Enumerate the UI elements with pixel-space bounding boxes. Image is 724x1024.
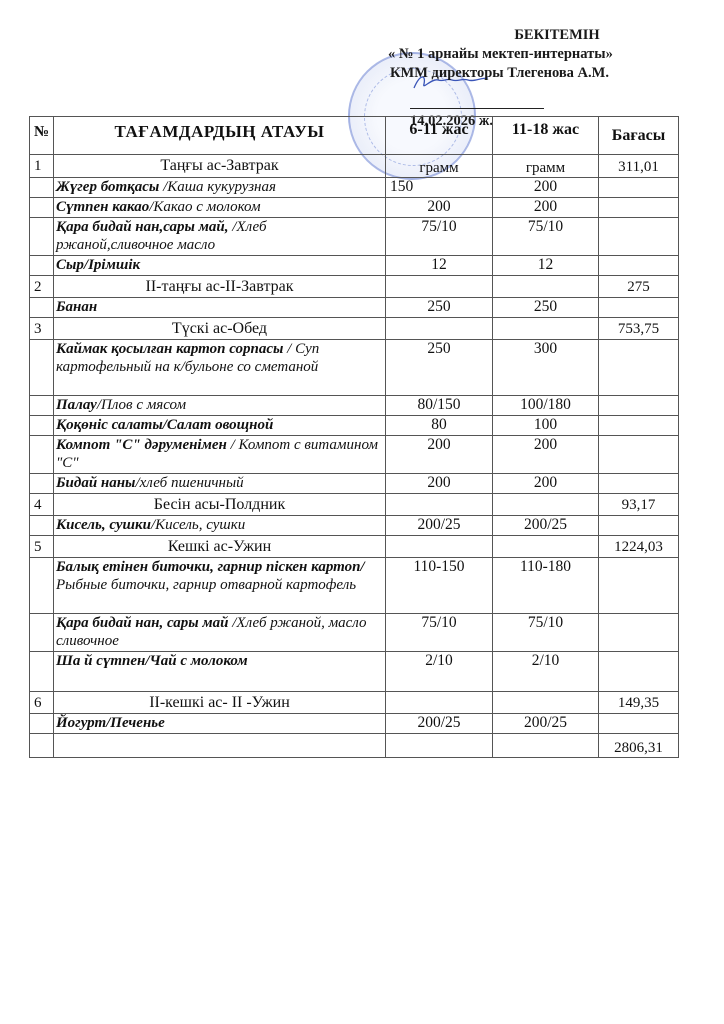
dish-name-russian: Рыбные биточки, гарнир отварной картофел… [56,577,356,593]
portion-11-18: 12 [493,256,599,276]
portion-6-11: 200 [386,474,493,494]
empty-cell [493,276,599,298]
dish-name: Қара бидай нан, сары май /Хлеб ржаной, м… [54,614,386,652]
portion-11-18: 200 [493,178,599,198]
price-cell [599,516,679,536]
row-number-cell [30,474,54,494]
portion-6-11: 150 [386,178,493,198]
signature-line [410,108,544,109]
price-cell [599,652,679,692]
dish-name-kazakh: Йогурт/Печенье [56,715,165,731]
portion-6-11: 200/25 [386,714,493,734]
dish-name-kazakh: Бидай наны [56,475,135,491]
section-number: 6 [30,692,54,714]
portion-6-11: 110-150 [386,558,493,614]
portion-11-18: 200 [493,474,599,494]
row-number-cell [30,436,54,474]
section-price: 149,35 [599,692,679,714]
price-cell [599,218,679,256]
dish-name-kazakh: Сыр/Ірімшік [56,257,140,273]
portion-11-18: 75/10 [493,218,599,256]
section-row: 2ІІ-таңғы ас-ІІ-Завтрак275 [30,276,679,298]
dish-name-russian: /Какао с молоком [149,199,260,215]
portion-6-11: 200/25 [386,516,493,536]
section-row: 6ІІ-кешкі ас- ІІ -Ужин149,35 [30,692,679,714]
section-row: 1Таңғы ас-Завтракграммграмм311,01 [30,155,679,178]
dish-name: Сыр/Ірімшік [54,256,386,276]
menu-table: № ТАҒАМДАРДЫҢ АТАУЫ 6-11 жас 11-18 жас Б… [29,116,679,758]
dish-name-russian: /Плов с мясом [97,397,186,413]
dish-name-kazakh: Каймак қосылған картоп сорпасы [56,341,287,357]
dish-name: Банан [54,298,386,318]
portion-11-18: 100 [493,416,599,436]
table-row: Каймак қосылған картоп сорпасы / Суп кар… [30,340,679,396]
empty-cell [386,494,493,516]
menu-table-body: № ТАҒАМДАРДЫҢ АТАУЫ 6-11 жас 11-18 жас Б… [30,117,679,758]
header-price: Бағасы [599,117,679,155]
section-title: Бесін асы-Полдник [54,494,386,516]
dish-name-russian: /Кисель, сушки [151,517,245,533]
section-number: 4 [30,494,54,516]
price-cell [599,198,679,218]
price-cell [599,396,679,416]
row-number-cell [30,396,54,416]
portion-6-11: 12 [386,256,493,276]
table-row: Компот "С" дәруменімен / Компот с витами… [30,436,679,474]
portion-6-11: 200 [386,436,493,474]
table-row: Ша й сүтпен/Чай с молоком2/102/10 [30,652,679,692]
section-title: Түскі ас-Обед [54,318,386,340]
portion-11-18: 200/25 [493,516,599,536]
total-row: 2806,31 [30,734,679,758]
portion-6-11: 250 [386,298,493,318]
approval-school: « № 1 арнайы мектеп-интернаты» [372,45,702,64]
price-cell [599,298,679,318]
dish-name-kazakh: Балық етінен биточки, гарнир піскен карт… [56,559,365,575]
unit-11-18: грамм [493,155,599,178]
unit-6-11: грамм [386,155,493,178]
table-row: Қара бидай нан, сары май /Хлеб ржаной, м… [30,614,679,652]
empty-cell [386,734,493,758]
dish-name-kazakh: Ша й сүтпен/Чай с молоком [56,653,248,669]
table-row: Палау/Плов с мясом80/150100/180 [30,396,679,416]
empty-cell [386,276,493,298]
portion-6-11: 75/10 [386,614,493,652]
row-number-cell [30,558,54,614]
dish-name-kazakh: Қара бидай нан,сары май, [56,219,232,235]
empty-cell [386,318,493,340]
dish-name: Йогурт/Печенье [54,714,386,734]
approval-title: БЕКІТЕМІН [372,26,702,45]
approval-block: БЕКІТЕМІН « № 1 арнайы мектеп-интернаты»… [372,26,702,83]
dish-name-kazakh: Банан [56,299,97,315]
price-cell [599,558,679,614]
header-number: № [30,117,54,155]
table-row: Банан250250 [30,298,679,318]
row-number-cell [30,218,54,256]
table-row: Балық етінен биточки, гарнир піскен карт… [30,558,679,614]
price-cell [599,436,679,474]
section-price: 275 [599,276,679,298]
portion-11-18: 100/180 [493,396,599,416]
price-cell [599,614,679,652]
dish-name-kazakh: Кисель, сушки [56,517,151,533]
dish-name: Балық етінен биточки, гарнир піскен карт… [54,558,386,614]
dish-name: Ша й сүтпен/Чай с молоком [54,652,386,692]
price-cell [599,340,679,396]
row-number-cell [30,714,54,734]
section-price: 753,75 [599,318,679,340]
price-cell [599,416,679,436]
portion-11-18: 2/10 [493,652,599,692]
empty-cell [493,734,599,758]
price-cell [599,256,679,276]
table-row: Сыр/Ірімшік1212 [30,256,679,276]
price-cell [599,714,679,734]
dish-name: Палау/Плов с мясом [54,396,386,416]
dish-name: Бидай наны/хлеб пшеничный [54,474,386,494]
dish-name-kazakh: Сүтпен какао [56,199,149,215]
header-age-11-18: 11-18 жас [493,117,599,155]
table-row: Сүтпен какао/Какао с молоком200200 [30,198,679,218]
dish-name: Кисель, сушки/Кисель, сушки [54,516,386,536]
portion-11-18: 200 [493,198,599,218]
row-number-cell [30,614,54,652]
portion-6-11: 75/10 [386,218,493,256]
empty-cell [493,536,599,558]
row-number-cell [30,516,54,536]
section-title: Кешкі ас-Ужин [54,536,386,558]
table-row: Жүгер ботқасы /Каша кукурузная150200 [30,178,679,198]
header-age-6-11: 6-11 жас [386,117,493,155]
dish-name-kazakh: Палау [56,397,97,413]
portion-6-11: 200 [386,198,493,218]
empty-cell [30,734,54,758]
empty-cell [493,494,599,516]
portion-6-11: 80/150 [386,396,493,416]
dish-name: Қоқөніс салаты/Салат овощной [54,416,386,436]
dish-name-kazakh: Компот "С" дәруменімен [56,437,231,453]
approval-director: КММ директоры Тлегенова А.М. [372,64,702,83]
portion-6-11: 80 [386,416,493,436]
section-price: 1224,03 [599,536,679,558]
table-header-row: № ТАҒАМДАРДЫҢ АТАУЫ 6-11 жас 11-18 жас Б… [30,117,679,155]
dish-name: Жүгер ботқасы /Каша кукурузная [54,178,386,198]
portion-11-18: 200 [493,436,599,474]
portion-11-18: 110-180 [493,558,599,614]
table-row: Йогурт/Печенье200/25200/25 [30,714,679,734]
portion-11-18: 75/10 [493,614,599,652]
row-number-cell [30,340,54,396]
section-title: ІІ-таңғы ас-ІІ-Завтрак [54,276,386,298]
section-price: 93,17 [599,494,679,516]
price-cell [599,178,679,198]
table-row: Қоқөніс салаты/Салат овощной80100 [30,416,679,436]
row-number-cell [30,652,54,692]
portion-6-11: 2/10 [386,652,493,692]
dish-name-kazakh: Жүгер ботқасы [56,179,163,195]
portion-6-11: 250 [386,340,493,396]
table-row: Бидай наны/хлеб пшеничный200200 [30,474,679,494]
section-title: Таңғы ас-Завтрак [54,155,386,178]
table-row: Кисель, сушки/Кисель, сушки200/25200/25 [30,516,679,536]
portion-11-18: 300 [493,340,599,396]
dish-name-kazakh: Қара бидай нан, сары май [56,615,232,631]
empty-cell [386,536,493,558]
table-row: Қара бидай нан,сары май, /Хлеб ржаной,сл… [30,218,679,256]
section-title: ІІ-кешкі ас- ІІ -Ужин [54,692,386,714]
dish-name: Каймак қосылған картоп сорпасы / Суп кар… [54,340,386,396]
section-row: 5Кешкі ас-Ужин1224,03 [30,536,679,558]
section-number: 1 [30,155,54,178]
total-price: 2806,31 [599,734,679,758]
portion-11-18: 250 [493,298,599,318]
dish-name: Қара бидай нан,сары май, /Хлеб ржаной,сл… [54,218,386,256]
section-number: 3 [30,318,54,340]
section-row: 4Бесін асы-Полдник93,17 [30,494,679,516]
header-dish-name: ТАҒАМДАРДЫҢ АТАУЫ [54,117,386,155]
dish-name-kazakh: Қоқөніс салаты/Салат овощной [56,417,273,433]
dish-name: Компот "С" дәруменімен / Компот с витами… [54,436,386,474]
empty-cell [54,734,386,758]
row-number-cell [30,256,54,276]
section-row: 3Түскі ас-Обед753,75 [30,318,679,340]
row-number-cell [30,298,54,318]
empty-cell [493,318,599,340]
row-number-cell [30,178,54,198]
empty-cell [386,692,493,714]
section-number: 5 [30,536,54,558]
dish-name-russian: /хлеб пшеничный [135,475,243,491]
portion-11-18: 200/25 [493,714,599,734]
dish-name-russian: /Каша кукурузная [163,179,276,195]
section-price: 311,01 [599,155,679,178]
dish-name: Сүтпен какао/Какао с молоком [54,198,386,218]
price-cell [599,474,679,494]
row-number-cell [30,416,54,436]
section-number: 2 [30,276,54,298]
row-number-cell [30,198,54,218]
empty-cell [493,692,599,714]
